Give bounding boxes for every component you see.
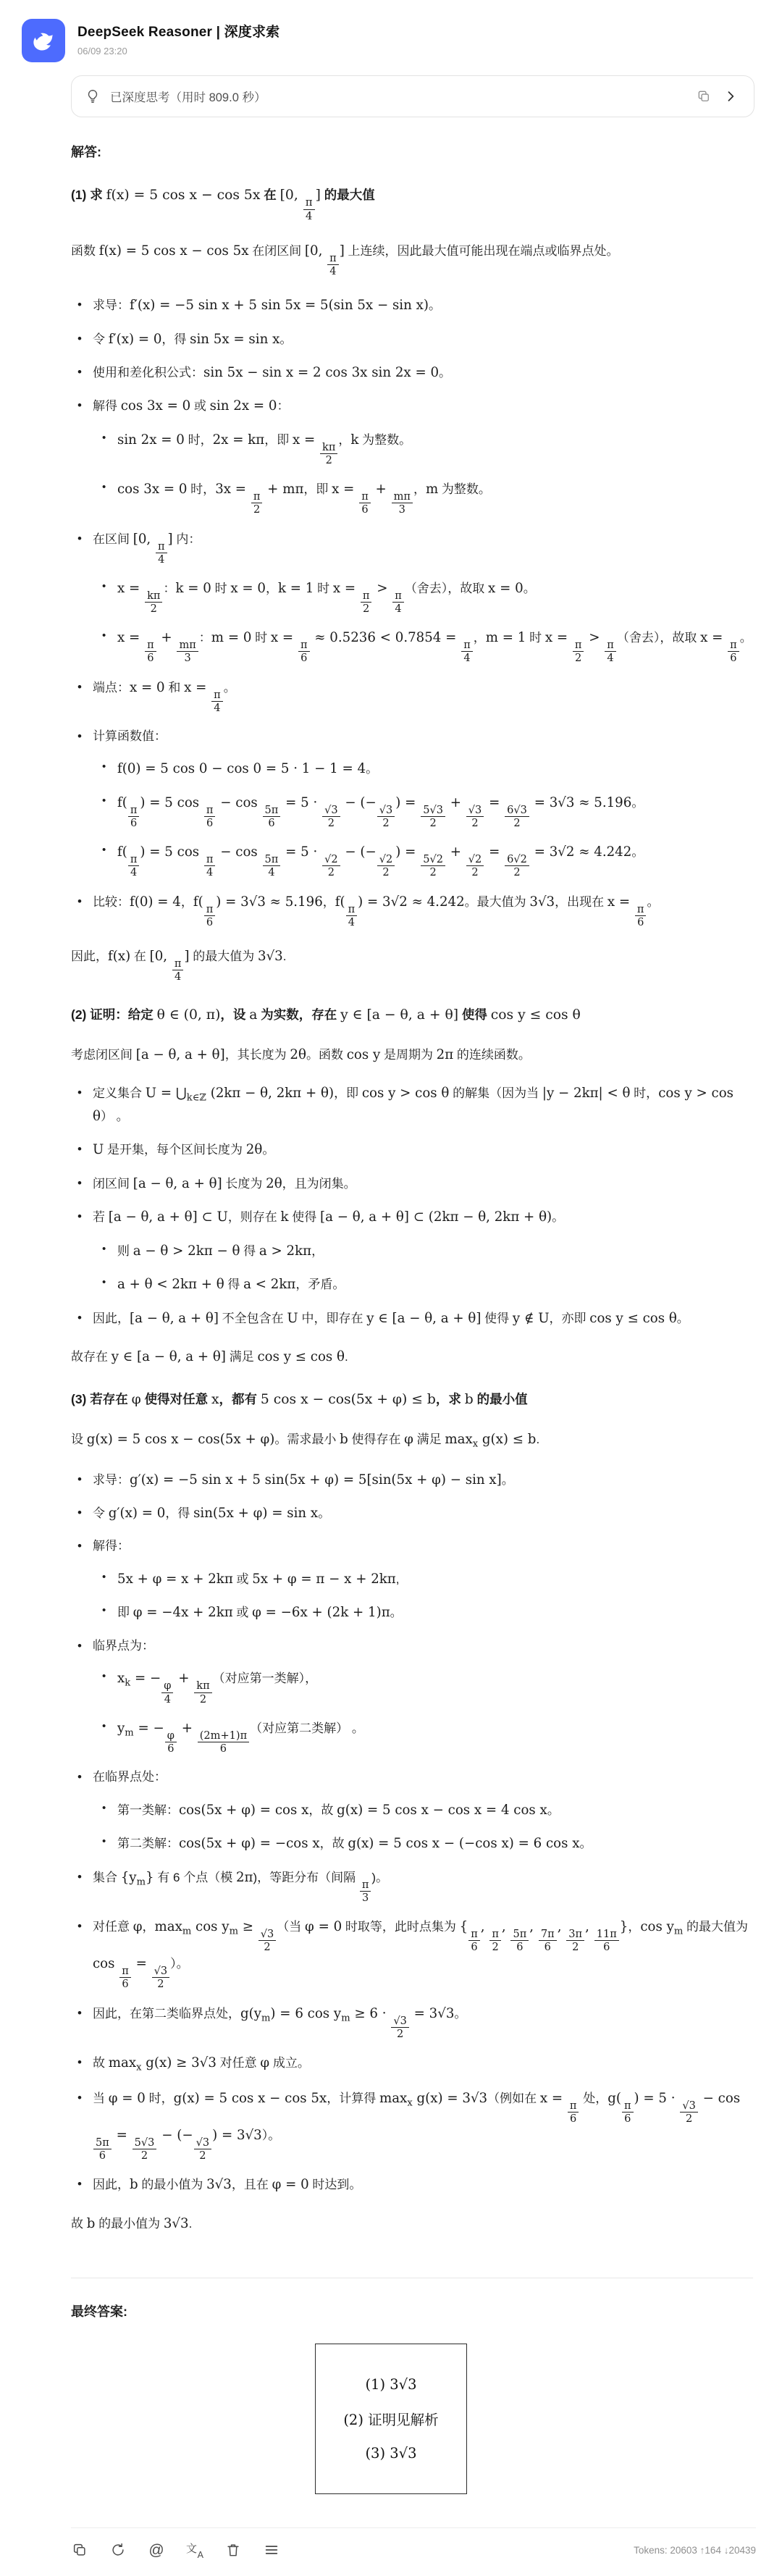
delete-button[interactable] [224,2541,242,2559]
regenerate-button[interactable] [109,2541,127,2559]
token-usage-label: Tokens: 20603 ↑164 ↓20439 [634,2545,756,2556]
chat-message-page: DeepSeek Reasoner | 深度求索 06/09 23:20 已深度… [0,0,782,2576]
content-line: ym = −φ6 + (2m+1)π6（对应第二类解） 。 [71,1718,753,1755]
content-line: 故存在 y ∈ [a − θ, a + θ] 满足 cos y ≤ cos θ. [71,1346,753,1367]
final-answer-box: (1) 3√3(2) 证明见解析(3) 3√3 [315,2344,466,2494]
message-toolbar: @ 文 A Tokens: 20603 ↑164 ↓2 [71,2527,756,2576]
content-line: x = kπ2：k = 0 时 x = 0，k = 1 时 x = π2 > π… [71,578,753,615]
copy-icon [72,2542,88,2558]
menu-button[interactable] [263,2541,280,2559]
content-line: 5x + φ = x + 2kπ 或 5x + φ = π − x + 2kπ, [71,1569,753,1590]
regenerate-icon [110,2542,126,2558]
mention-icon: @ [148,2543,164,2558]
content-line: 设 g(x) = 5 cos x − cos(5x + φ)。需求最小 b 使得… [71,1429,753,1452]
content-line: 闭区间 [a − θ, a + θ] 长度为 2θ，且为闭集。 [71,1173,753,1194]
final-answer-label: 最终答案: [71,2302,753,2320]
content-line: 因此，[a − θ, a + θ] 不全包含在 U 中，即存在 y ∈ [a −… [71,1308,753,1329]
content-line: 若 [a − θ, a + θ] ⊂ U，则存在 k 使得 [a − θ, a … [71,1207,753,1228]
model-title: DeepSeek Reasoner | 深度求索 [77,21,279,41]
header-meta: DeepSeek Reasoner | 深度求索 06/09 23:20 [77,19,279,62]
content-line: (3) 若存在 φ 使得对任意 x，都有 5 cos x − cos(5x + … [71,1389,753,1411]
solution-title: 解答: [71,142,753,163]
content-line: 比较：f(0) = 4，f(π6) = 3√3 ≈ 5.196，f(π4) = … [71,891,753,928]
translate-button[interactable]: 文 A [186,2541,203,2559]
section-divider [71,2278,753,2278]
content-line: f(0) = 5 cos 0 − cos 0 = 5 · 1 − 1 = 4。 [71,758,753,779]
deepseek-logo [22,19,65,62]
content-line: f(π6) = 5 cos π6 − cos 5π6 = 5 · √32 − (… [71,792,753,829]
lightbulb-icon [85,88,101,104]
content-line: 第二类解：cos(5x + φ) = −cos x，故 g(x) = 5 cos… [71,1833,753,1854]
thinking-duration-label: 已深度思考（用时 809.0 秒） [110,88,686,105]
mention-button[interactable]: @ [148,2541,165,2559]
message-header: DeepSeek Reasoner | 深度求索 06/09 23:20 [0,0,782,62]
content-line: 故 maxx g(x) ≥ 3√3 对任意 φ 成立。 [71,2052,753,2076]
whale-icon [29,26,58,55]
final-answer-line: (1) 3√3 [343,2376,438,2393]
message-footer-wrap: @ 文 A Tokens: 20603 ↑164 ↓2 [0,2527,782,2576]
message-blocks: (1) 求 f(x) = 5 cos x − cos 5x 在 [0, π4] … [71,185,753,2234]
content-line: sin 2x = 0 时，2x = kπ，即 x = kπ2，k 为整数。 [71,429,753,466]
content-line: 解得 cos 3x = 0 或 sin 2x = 0： [71,395,753,416]
content-line: cos 3x = 0 时，3x = π2 + mπ，即 x = π6 + mπ3… [71,479,753,516]
content-line: 解得： [71,1536,753,1556]
content-line: 函数 f(x) = 5 cos x − cos 5x 在闭区间 [0, π4] … [71,240,753,277]
content-line: 对任意 φ，maxm cos ym ≥ √32（当 φ = 0 时取等，此时点集… [71,1916,753,1991]
content-line: x = π6 + mπ3：m = 0 时 x = π6 ≈ 0.5236 < 0… [71,627,753,664]
content-line: 即 φ = −4x + 2kπ 或 φ = −6x + (2k + 1)π。 [71,1602,753,1623]
content-line: 因此，在第二类临界点处，g(ym) = 6 cos ym ≥ 6 · √32 =… [71,2003,753,2040]
menu-icon [264,2542,279,2558]
copy-button[interactable] [71,2541,88,2559]
copy-thought-button[interactable] [695,88,712,105]
content-line: 故 b 的最小值为 3√3. [71,2213,753,2234]
content-line: 定义集合 U = ⋃k∈ℤ (2kπ − θ, 2kπ + θ)，即 cos y… [71,1083,753,1127]
final-answer-line: (3) 3√3 [343,2445,438,2462]
content-line: 求导：g′(x) = −5 sin x + 5 sin(5x + φ) = 5[… [71,1469,753,1490]
content-line: 使用和差化积公式：sin 5x − sin x = 2 cos 3x sin 2… [71,362,753,383]
content-line: 计算函数值： [71,726,753,747]
content-line: 令 g′(x) = 0，得 sin(5x + φ) = sin x。 [71,1503,753,1524]
translate-icon: 文 A [186,2541,203,2559]
message-timestamp: 06/09 23:20 [77,46,279,56]
content-line: 临界点为： [71,1636,753,1656]
expand-chevron-right-icon[interactable] [722,88,739,105]
content-line: 在区间 [0, π4] 内： [71,529,753,566]
content-line: 第一类解：cos(5x + φ) = cos x，故 g(x) = 5 cos … [71,1800,753,1821]
content-line: 考虑闭区间 [a − θ, a + θ]，其长度为 2θ。函数 cos y 是周… [71,1044,753,1065]
content-line: xk = −φ4 + kπ2（对应第一类解）， [71,1668,753,1705]
content-line: (2) 证明：给定 θ ∈ (0, π)，设 a 为实数，存在 y ∈ [a −… [71,1004,753,1026]
delete-icon [225,2542,241,2558]
content-line: 因此，b 的最小值为 3√3，且在 φ = 0 时达到。 [71,2174,753,2195]
content-line: 当 φ = 0 时，g(x) = 5 cos x − cos 5x，计算得 ma… [71,2088,753,2162]
content-line: 集合 {ym} 有 6 个点（模 2π)，等距分布（间隔 π3)。 [71,1867,753,1904]
content-line: a + θ < 2kπ + θ 得 a < 2kπ，矛盾。 [71,1274,753,1295]
content-line: 求导：f′(x) = −5 sin x + 5 sin 5x = 5(sin 5… [71,295,753,316]
content-line: 因此，f(x) 在 [0, π4] 的最大值为 3√3. [71,946,753,983]
thinking-toggle-bar[interactable]: 已深度思考（用时 809.0 秒） [71,75,754,117]
message-content: 解答: (1) 求 f(x) = 5 cos x − cos 5x 在 [0, … [71,142,753,2252]
content-line: U 是开集，每个区间长度为 2θ。 [71,1139,753,1160]
content-line: 在临界点处： [71,1767,753,1787]
content-line: 令 f′(x) = 0，得 sin 5x = sin x。 [71,329,753,350]
content-line: f(π4) = 5 cos π4 − cos 5π4 = 5 · √22 − (… [71,842,753,878]
final-answer-line: (2) 证明见解析 [343,2409,438,2429]
content-line: (1) 求 f(x) = 5 cos x − cos 5x 在 [0, π4] … [71,185,753,223]
content-line: 端点：x = 0 和 x = π4。 [71,677,753,714]
content-line: 则 a − θ > 2kπ − θ 得 a > 2kπ， [71,1241,753,1262]
